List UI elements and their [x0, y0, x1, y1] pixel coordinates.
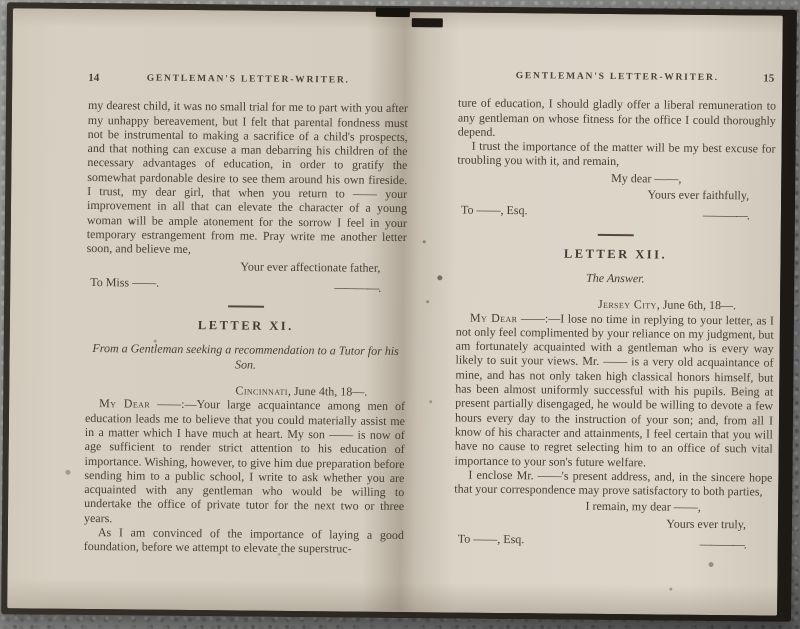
letter-xii-subtitle: The Answer.	[456, 270, 774, 287]
book-pages: 14 GENTLEMAN'S LETTER-WRITER. my dearest…	[7, 8, 783, 615]
letter-xi-valediction: Yours ever faithfully,	[457, 186, 775, 203]
open-book: 14 GENTLEMAN'S LETTER-WRITER. my dearest…	[0, 2, 799, 624]
dateline-date: , June 4th, 18—.	[288, 384, 367, 399]
photo-scene: 14 GENTLEMAN'S LETTER-WRITER. my dearest…	[0, 0, 800, 629]
letter-xi-subtitle: From a Gentleman seeking a recommendatio…	[85, 341, 405, 373]
letter-xi-closing-row: To ——, Esq. ————.	[457, 203, 775, 223]
letter-xii-paragraph-2: I enclose Mr. ——'s present address, and,…	[454, 467, 772, 499]
dateline-place: Jersey City	[598, 297, 657, 312]
letter-x-closing-row: To Miss ——. ————.	[86, 275, 406, 295]
letter-xii-salutation: My Dear	[470, 310, 518, 324]
letter-xii-addressee: To ——, Esq.	[454, 532, 525, 547]
letter-xi-paragraph-1-text: ——:—Your large acquaintance among men of…	[84, 397, 405, 525]
letter-xi-signature-blank: ————.	[703, 208, 775, 223]
section-rule	[228, 306, 264, 308]
letter-x-body: my dearest child, it was no small trial …	[87, 98, 408, 258]
page-15: GENTLEMAN'S LETTER-WRITER. 15 ture of ed…	[454, 69, 777, 552]
page-14: 14 GENTLEMAN'S LETTER-WRITER. my dearest…	[84, 71, 409, 557]
letter-xi-heading: LETTER XI.	[86, 317, 406, 334]
letter-xi-final-paragraph: I trust the importance of the matter wil…	[457, 139, 775, 171]
letter-x-signature-blank: ————.	[334, 280, 406, 295]
spine-head-cap-inner	[412, 18, 443, 27]
letter-xii-closing-row: To ——, Esq. ————.	[454, 532, 772, 552]
dateline-place: Cincinnati	[235, 383, 288, 398]
dateline-date: , June 6th, 18—.	[657, 298, 736, 313]
page-number: 14	[88, 71, 99, 85]
letter-x-addressee: To Miss ——.	[86, 275, 159, 290]
running-header: GENTLEMAN'S LETTER-WRITER.	[147, 74, 350, 86]
letter-xi-addressee: To ——, Esq.	[457, 203, 528, 218]
section-rule	[598, 234, 634, 236]
page-14-header: 14 GENTLEMAN'S LETTER-WRITER.	[88, 71, 408, 88]
letter-xii-paragraph-1: My Dear ——:—I lose no time in replying t…	[455, 310, 774, 470]
foxing-spots-right	[423, 240, 426, 243]
letter-xii-valediction: Yours ever truly,	[454, 514, 772, 531]
letter-xii-closing-salutation: I remain, my dear ——,	[454, 498, 772, 515]
letter-xii-signature-blank: ————.	[700, 537, 772, 552]
page-number: 15	[763, 71, 774, 85]
letter-xii-heading: LETTER XII.	[457, 245, 775, 262]
letter-xi-paragraph-2: As I am convinced of the importance of l…	[84, 525, 404, 557]
letter-xii-paragraph-1-text: ——:—I lose no time in replying to your l…	[455, 311, 774, 469]
letter-xi-closing-salutation: My dear ——,	[457, 169, 775, 186]
page-15-header: GENTLEMAN'S LETTER-WRITER. 15	[458, 69, 776, 86]
letter-xi-paragraph-1: My Dear ——:—Your large acquaintance amon…	[84, 396, 405, 528]
letter-xi-continuation: ture of education, I should gladly offer…	[458, 96, 776, 142]
letter-xi-salutation: My Dear	[99, 396, 150, 410]
letter-x-valediction: Your ever affectionate father,	[86, 258, 406, 275]
spine-head-cap	[376, 8, 410, 17]
running-header: GENTLEMAN'S LETTER-WRITER.	[516, 71, 719, 83]
